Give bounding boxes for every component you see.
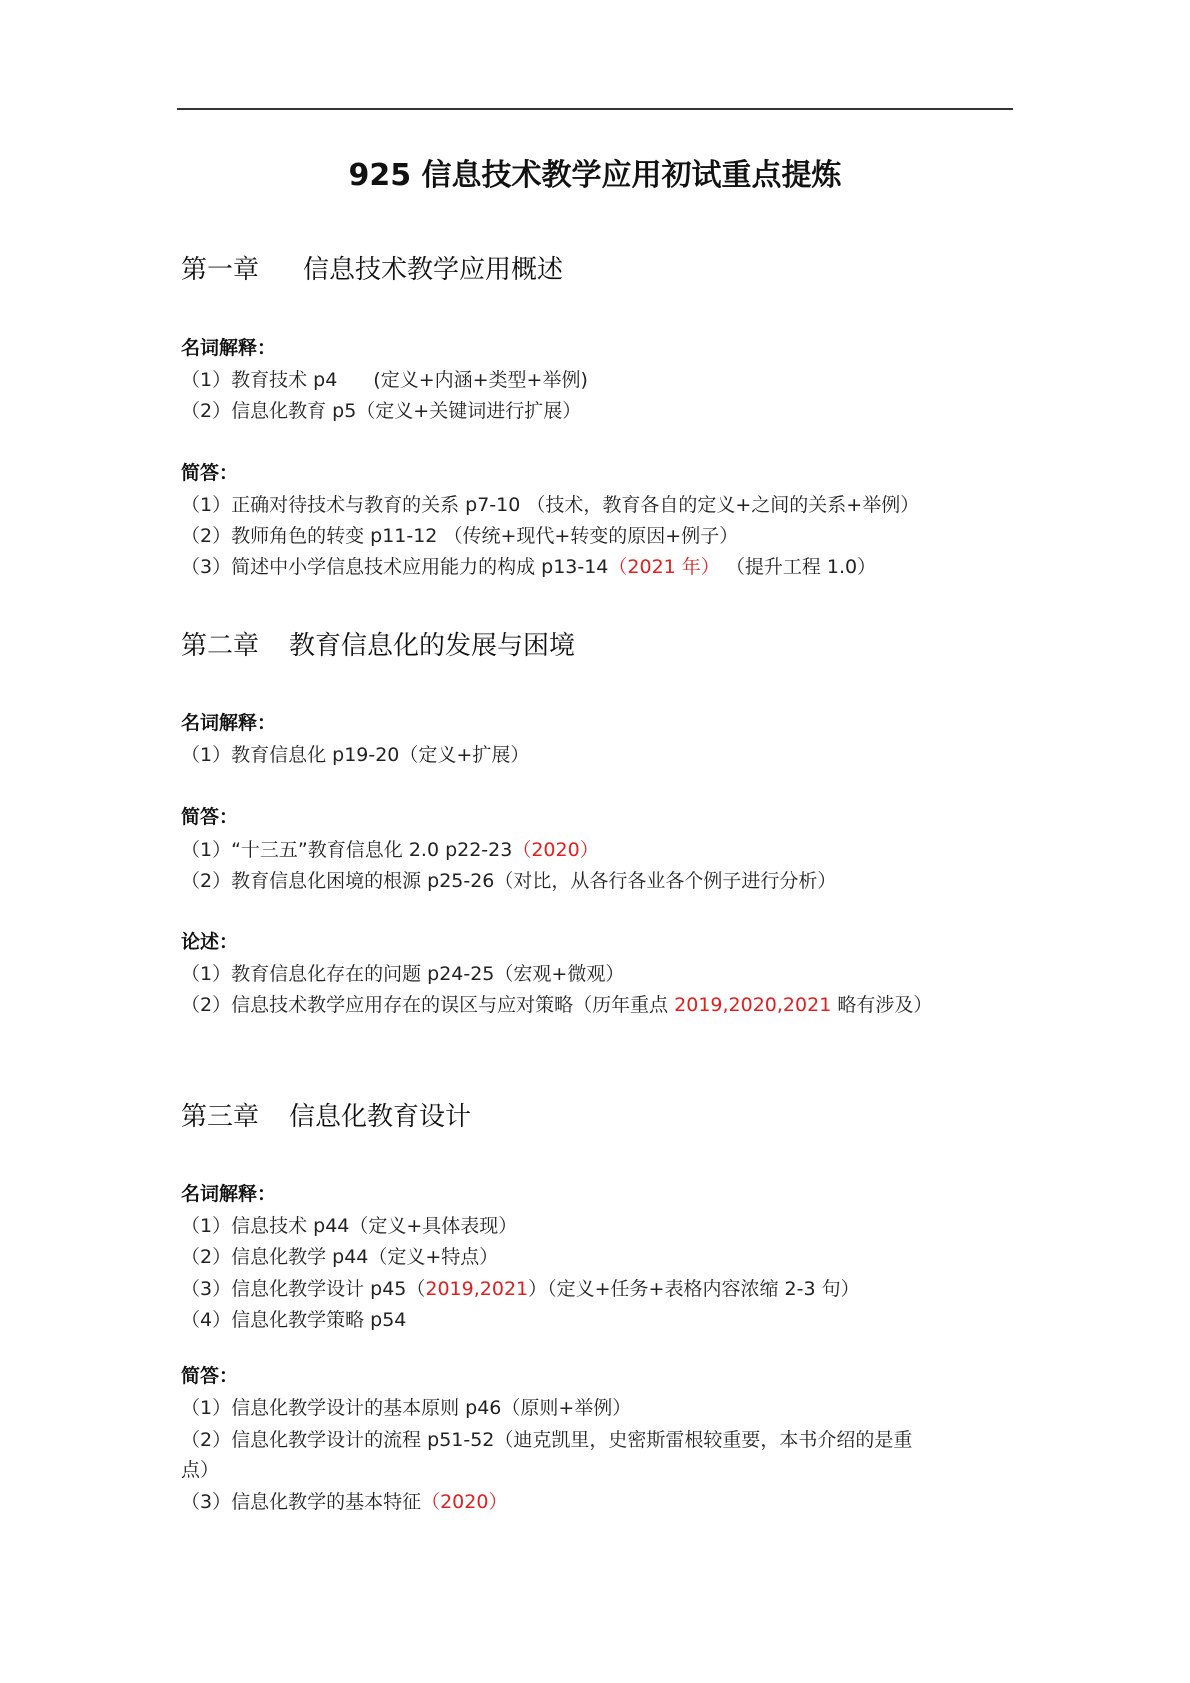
document-title: 925 信息技术教学应用初试重点提炼 <box>0 156 1190 196</box>
item-text: （3）简述中小学信息技术应用能力的构成 p13-14 <box>181 556 608 578</box>
list-item: （2）教育信息化困境的根源 p25-26（对比，从各行各业各个例子进行分析） <box>181 867 836 895</box>
item-text: （3）信息化教学设计 p45（ <box>181 1278 425 1300</box>
item-note: （原则+举例） <box>501 1397 631 1419</box>
item-note: （定义+关键词进行扩展） <box>356 400 581 422</box>
item-text: （1）正确对待技术与教育的关系 p7-10 <box>181 494 520 516</box>
item-note: ）（定义+任务+表格内容浓缩 2-3 句） <box>528 1278 859 1300</box>
section-label-terms: 名词解释： <box>181 1180 276 1208</box>
item-text: （1）信息技术 p44 <box>181 1215 349 1237</box>
section-label-essay: 论述： <box>181 928 238 956</box>
chapter-number: 第三章 <box>181 1099 259 1135</box>
item-note: (定义+内涵+类型+举例) <box>373 369 588 391</box>
section-label-short-answer: 简答： <box>181 803 238 831</box>
item-note: （定义+扩展） <box>399 744 529 766</box>
item-text: （3）信息化教学的基本特征 <box>181 1491 421 1513</box>
list-item: （3）信息化教学设计 p45（2019,2021）（定义+任务+表格内容浓缩 2… <box>181 1275 860 1303</box>
item-note: （对比，从各行各业各个例子进行分析） <box>494 870 836 892</box>
item-text: （1）教育技术 p4 <box>181 369 337 391</box>
year-highlight: （2020） <box>421 1491 507 1513</box>
item-note: （传统+现代+转变的原因+例子） <box>443 525 738 547</box>
chapter-name: 信息化教育设计 <box>289 1102 471 1132</box>
item-note: （定义+具体表现） <box>349 1215 517 1237</box>
list-item: （1）教育技术 p4(定义+内涵+类型+举例) <box>181 366 588 394</box>
list-item: （2）教师角色的转变 p11-12 （传统+现代+转变的原因+例子） <box>181 522 738 550</box>
item-note: （技术，教育各自的定义+之间的关系+举例） <box>526 494 919 516</box>
item-note: 略有涉及） <box>831 994 932 1016</box>
year-highlight: （2020） <box>512 839 598 861</box>
list-item: （2）信息技术教学应用存在的误区与应对策略（历年重点 2019,2020,202… <box>181 991 932 1019</box>
list-item-continuation: 点） <box>181 1456 219 1484</box>
item-text: （2）教师角色的转变 p11-12 <box>181 525 437 547</box>
chapter-heading-2: 第二章教育信息化的发展与困境 <box>181 628 575 664</box>
item-text: （2）信息化教学 p44 <box>181 1246 368 1268</box>
list-item: （4）信息化教学策略 p54 <box>181 1306 406 1334</box>
item-text: （1）“十三五”教育信息化 2.0 p22-23 <box>181 839 512 861</box>
list-item: （1）“十三五”教育信息化 2.0 p22-23（2020） <box>181 836 599 864</box>
chapter-number: 第二章 <box>181 628 259 664</box>
chapter-heading-1: 第一章信息技术教学应用概述 <box>181 252 563 288</box>
item-text: （2）信息化教学设计的流程 p51-52 <box>181 1429 494 1451</box>
section-label-short-answer: 简答： <box>181 459 238 487</box>
section-label-terms: 名词解释： <box>181 709 276 737</box>
item-note: （定义+特点） <box>368 1246 498 1268</box>
year-highlight: 2019,2021 <box>425 1278 528 1300</box>
item-text: （2）信息技术教学应用存在的误区与应对策略（历年重点 <box>181 994 674 1016</box>
list-item: （1）正确对待技术与教育的关系 p7-10 （技术，教育各自的定义+之间的关系+… <box>181 491 919 519</box>
list-item: （1）信息技术 p44（定义+具体表现） <box>181 1212 517 1240</box>
section-label-terms: 名词解释： <box>181 334 276 362</box>
chapter-heading-3: 第三章信息化教育设计 <box>181 1099 471 1135</box>
year-highlight: 2019,2020,2021 <box>674 994 831 1016</box>
item-text: （1）教育信息化存在的问题 p24-25 <box>181 963 494 985</box>
chapter-name: 信息技术教学应用概述 <box>303 255 563 285</box>
list-item: （1）教育信息化 p19-20（定义+扩展） <box>181 741 529 769</box>
item-note: （提升工程 1.0） <box>726 556 876 578</box>
list-item: （1）教育信息化存在的问题 p24-25（宏观+微观） <box>181 960 624 988</box>
section-label-short-answer: 简答： <box>181 1362 238 1390</box>
list-item: （2）信息化教育 p5（定义+关键词进行扩展） <box>181 397 581 425</box>
list-item: （2）信息化教学设计的流程 p51-52（迪克凯里，史密斯雷根较重要，本书介绍的… <box>181 1426 912 1454</box>
list-item: （3）信息化教学的基本特征（2020） <box>181 1488 507 1516</box>
year-highlight: （2021 年） <box>608 556 719 578</box>
list-item: （3）简述中小学信息技术应用能力的构成 p13-14（2021 年） （提升工程… <box>181 553 876 581</box>
item-text: （1）信息化教学设计的基本原则 p46 <box>181 1397 501 1419</box>
chapter-name: 教育信息化的发展与困境 <box>289 631 575 661</box>
header-rule <box>177 108 1013 110</box>
chapter-number: 第一章 <box>181 252 259 288</box>
item-text: （1）教育信息化 p19-20 <box>181 744 399 766</box>
item-text: （2）教育信息化困境的根源 p25-26 <box>181 870 494 892</box>
item-text: （2）信息化教育 p5 <box>181 400 356 422</box>
list-item: （1）信息化教学设计的基本原则 p46（原则+举例） <box>181 1394 631 1422</box>
item-note: （宏观+微观） <box>494 963 624 985</box>
item-note: （迪克凯里，史密斯雷根较重要，本书介绍的是重 <box>494 1429 912 1451</box>
list-item: （2）信息化教学 p44（定义+特点） <box>181 1243 498 1271</box>
item-text: （4）信息化教学策略 p54 <box>181 1309 406 1331</box>
